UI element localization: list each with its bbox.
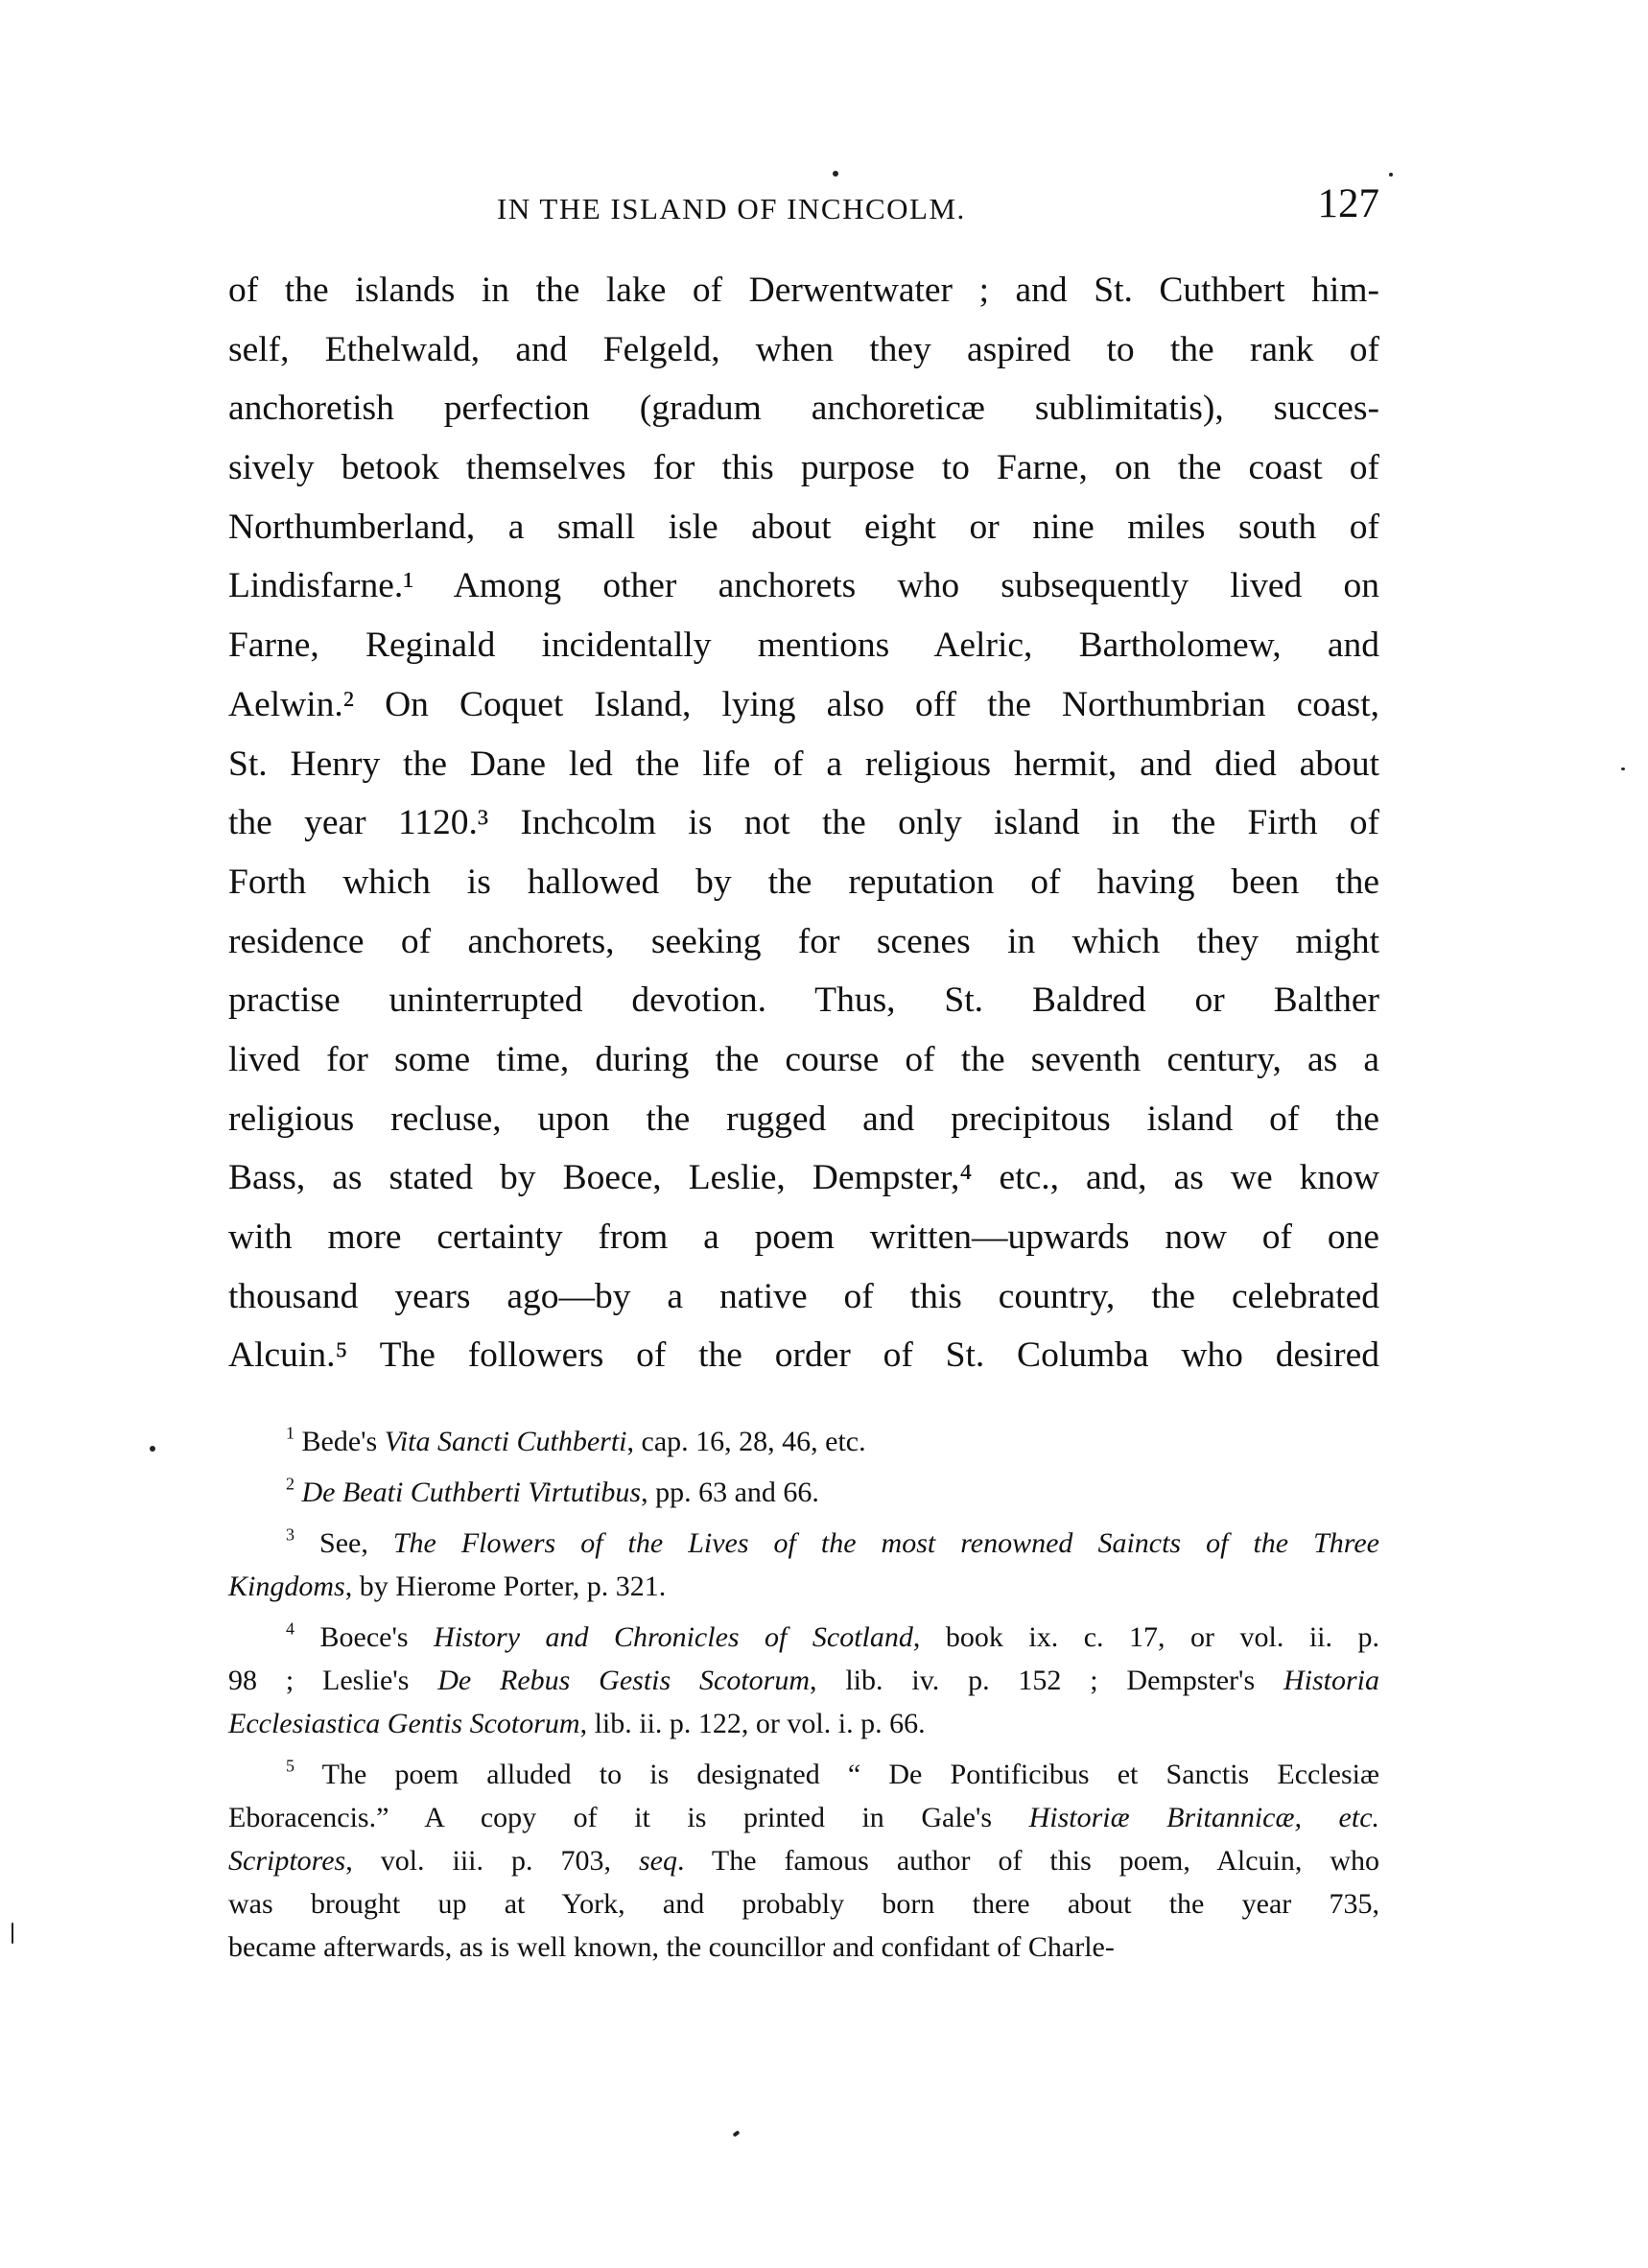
body-line: of the islands in the lake of Derwentwat… [228, 261, 1379, 320]
footnote-line: was brought up at York, and probably bor… [228, 1882, 1379, 1925]
footnote-text: , pp. 63 and 66. [641, 1477, 819, 1508]
footnotes: 1 Bede's Vita Sancti Cuthberti, cap. 16,… [228, 1420, 1379, 1976]
footnote-text: See, [319, 1527, 393, 1559]
print-speck [12, 1923, 13, 1944]
footnote-text: , book ix. c. 17, or vol. ii. p. [913, 1621, 1379, 1653]
italic-title: seq [639, 1845, 677, 1877]
body-line: thousand years ago—by a native of this c… [228, 1267, 1379, 1327]
print-speck [1389, 173, 1393, 177]
body-line: anchoretish perfection (gradum anchoreti… [228, 379, 1379, 438]
footnote-3: 3 See, The Flowers of the Lives of the m… [228, 1522, 1379, 1608]
body-line: practise uninterrupted devotion. Thus, S… [228, 971, 1379, 1030]
footnote-text: , by Hierome Porter, p. 321. [345, 1571, 667, 1602]
footnote-line: 2 De Beati Cuthberti Virtutibus, pp. 63 … [228, 1471, 1379, 1514]
footnote-line: 4 Boece's History and Chronicles of Scot… [228, 1616, 1379, 1659]
footnote-marker: 3 [286, 1524, 294, 1544]
footnote-marker: 5 [286, 1756, 294, 1775]
italic-title: Ecclesiastica Gentis Scotorum [228, 1708, 580, 1739]
italic-title: Historia [1283, 1665, 1379, 1696]
body-line: lived for some time, during the course o… [228, 1030, 1379, 1090]
italic-title: De Rebus Gestis Scotorum [437, 1665, 810, 1696]
italic-title: Vita Sancti Cuthberti [385, 1426, 627, 1457]
footnote-5: 5 The poem alluded to is designated “ De… [228, 1753, 1379, 1969]
footnote-2: 2 De Beati Cuthberti Virtutibus, pp. 63 … [228, 1471, 1379, 1514]
footnote-text: , vol. iii. p. 703, [345, 1845, 639, 1877]
footnote-marker: 2 [286, 1474, 294, 1493]
body-line: self, Ethelwald, and Felgeld, when they … [228, 320, 1379, 380]
body-line: Forth which is hallowed by the reputatio… [228, 853, 1379, 912]
italic-title: History and Chronicles of Scotland [434, 1621, 913, 1653]
book-page: IN THE ISLAND OF INCHCOLM. 127 of the is… [0, 0, 1648, 2268]
footnote-line: became afterwards, as is well known, the… [228, 1925, 1379, 1969]
footnote-text: . The famous author of this poem, Alcuin… [677, 1845, 1379, 1877]
footnote-text: , lib. iv. p. 152 ; Dempster's [810, 1665, 1283, 1696]
footnote-marker: 1 [286, 1423, 294, 1442]
footnote-text: Bede's [302, 1426, 385, 1457]
footnote-line: 5 The poem alluded to is designated “ De… [228, 1753, 1379, 1796]
print-speck [732, 2130, 740, 2137]
footnote-text: Boece's [320, 1621, 435, 1653]
footnote-line: Kingdoms, by Hierome Porter, p. 321. [228, 1565, 1379, 1608]
footnote-line: Ecclesiastica Gentis Scotorum, lib. ii. … [228, 1702, 1379, 1745]
footnote-line: 3 See, The Flowers of the Lives of the m… [228, 1522, 1379, 1565]
footnote-line: Scriptores, vol. iii. p. 703, seq. The f… [228, 1839, 1379, 1882]
body-line: the year 1120.³ Inchcolm is not the only… [228, 793, 1379, 853]
print-speck [150, 1446, 155, 1452]
body-line: Farne, Reginald incidentally mentions Ae… [228, 616, 1379, 675]
body-line: religious recluse, upon the rugged and p… [228, 1090, 1379, 1149]
footnote-text: was brought up at York, and probably bor… [228, 1888, 1379, 1920]
italic-title: Historiæ Britannicæ, etc. [1029, 1802, 1379, 1833]
page-header: IN THE ISLAND OF INCHCOLM. 127 [228, 180, 1379, 238]
italic-title: Kingdoms [228, 1571, 345, 1602]
footnote-text: Eboracencis.” A copy of it is printed in… [228, 1802, 1029, 1833]
body-line: with more certainty from a poem written—… [228, 1208, 1379, 1267]
footnote-line: Eboracencis.” A copy of it is printed in… [228, 1796, 1379, 1839]
footnote-marker: 4 [286, 1618, 294, 1638]
footnote-1: 1 Bede's Vita Sancti Cuthberti, cap. 16,… [228, 1420, 1379, 1463]
footnote-line: 1 Bede's Vita Sancti Cuthberti, cap. 16,… [228, 1420, 1379, 1463]
body-line: Northumberland, a small isle about eight… [228, 498, 1379, 557]
body-line: Aelwin.² On Coquet Island, lying also of… [228, 675, 1379, 735]
footnote-text: , cap. 16, 28, 46, etc. [627, 1426, 866, 1457]
body-line: sively betook themselves for this purpos… [228, 438, 1379, 498]
italic-title: The Flowers of the Lives of the most ren… [393, 1527, 1379, 1559]
body-text: of the islands in the lake of Derwentwat… [228, 261, 1379, 1385]
body-line: Alcuin.⁵ The followers of the order of S… [228, 1326, 1379, 1385]
italic-title: Scriptores [228, 1845, 345, 1877]
page-number: 127 [1318, 180, 1380, 227]
print-speck [833, 171, 838, 177]
body-line: St. Henry the Dane led the life of a rel… [228, 735, 1379, 794]
footnote-text: 98 ; Leslie's [228, 1665, 437, 1696]
body-line: residence of anchorets, seeking for scen… [228, 912, 1379, 972]
footnote-text: , lib. ii. p. 122, or vol. i. p. 66. [580, 1708, 926, 1739]
footnote-text: The poem alluded to is designated “ De P… [322, 1759, 1379, 1790]
running-head: IN THE ISLAND OF INCHCOLM. [497, 192, 966, 226]
footnote-text: became afterwards, as is well known, the… [228, 1931, 1115, 1963]
footnote-4: 4 Boece's History and Chronicles of Scot… [228, 1616, 1379, 1745]
print-speck [1621, 768, 1625, 770]
body-line: Bass, as stated by Boece, Leslie, Dempst… [228, 1148, 1379, 1208]
footnote-line: 98 ; Leslie's De Rebus Gestis Scotorum, … [228, 1659, 1379, 1702]
italic-title: De Beati Cuthberti Virtutibus [302, 1477, 642, 1508]
body-line: Lindisfarne.¹ Among other anchorets who … [228, 556, 1379, 616]
